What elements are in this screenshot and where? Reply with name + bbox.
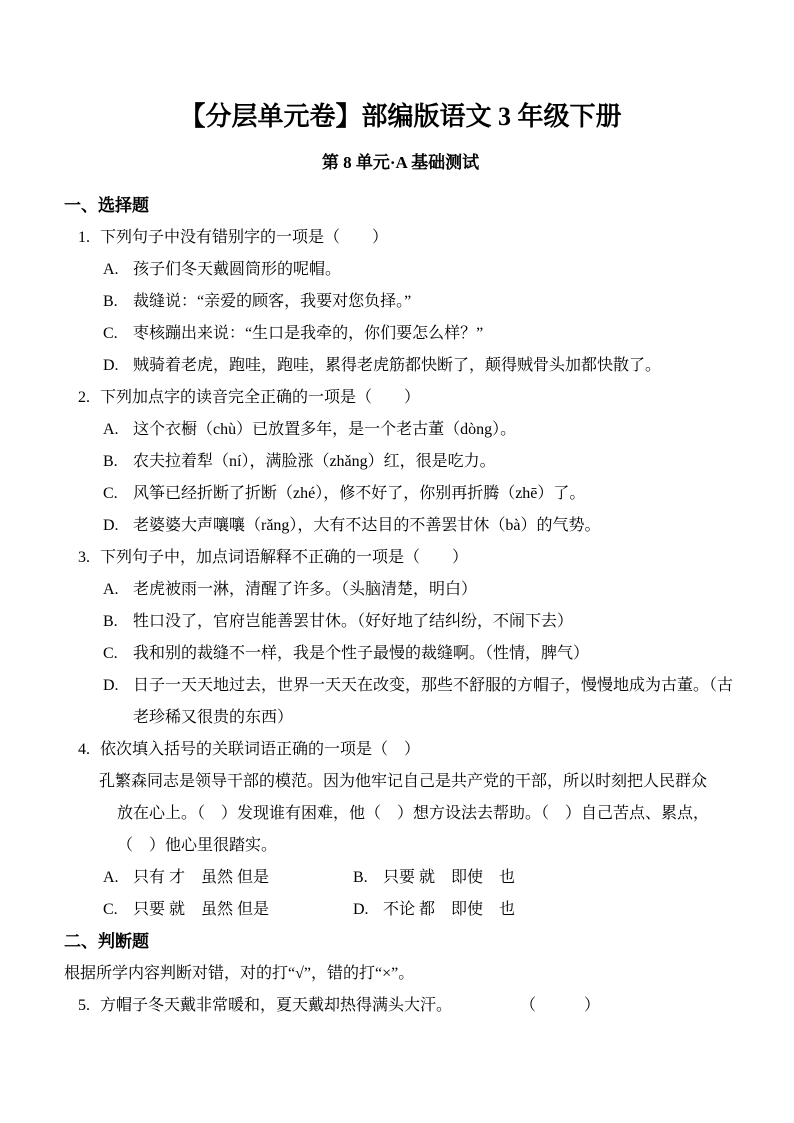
question-1: 1.下列句子中没有错别字的一项是（ ） [64, 222, 737, 254]
question-5-answer-blank: （ ） [520, 990, 600, 1022]
option-label: D. [103, 350, 133, 382]
option-label: D. [353, 894, 383, 926]
option-label: A. [103, 574, 133, 606]
option-label: B. [353, 862, 383, 894]
option-text: 老婆婆大声嚷嚷（rǎng），大有不达目的不善罢甘休（bà）的气势。 [133, 517, 601, 534]
question-4-option-d: D.不论 都 即使 也 [353, 894, 737, 926]
option-label: A. [103, 862, 133, 894]
question-2-stem: 下列加点字的读音完全正确的一项是（ ） [100, 389, 420, 406]
option-label: D. [103, 670, 133, 702]
document-page: 【分层单元卷】部编版语文 3 年级下册 第 8 单元·A 基础测试 一、选择题 … [0, 0, 794, 1123]
option-text: 只有 才 虽然 但是 [133, 869, 269, 886]
option-label: B. [103, 286, 133, 318]
question-3-number: 3. [78, 542, 100, 574]
question-3-option-d-continued: 老珍稀又很贵的东西） [64, 702, 737, 734]
question-4-number: 4. [78, 734, 100, 766]
option-text: 老虎被雨一淋，清醒了许多。（头脑清楚，明白） [133, 581, 477, 598]
question-4-option-b: B.只要 就 即使 也 [353, 862, 737, 894]
question-2-option-d: D.老婆婆大声嚷嚷（rǎng），大有不达目的不善罢甘休（bà）的气势。 [64, 510, 737, 542]
question-1-number: 1. [78, 222, 100, 254]
question-3-option-b: B.牲口没了，官府岂能善罢甘休。（好好地了结纠纷，不闹下去） [64, 606, 737, 638]
option-text: 风筝已经折断了折断（zhé），修不好了，你别再折腾（zhē）了。 [133, 485, 585, 502]
question-4-stem: 依次填入括号的关联词语正确的一项是（ ） [100, 741, 420, 758]
judgement-instruction: 根据所学内容判断对错，对的打“√”，错的打“×”。 [64, 958, 737, 990]
question-5-stem: 方帽子冬天戴非常暖和，夏天戴却热得满头大汗。 [100, 997, 452, 1014]
option-text: 牲口没了，官府岂能善罢甘休。（好好地了结纠纷，不闹下去） [133, 613, 573, 630]
question-4-passage: 孔繁森同志是领导干部的模范。因为他牢记自己是共产党的干部，所以时刻把人民群众 [64, 766, 737, 798]
question-4-passage: 放在心上。（ ）发现谁有困难，他（ ）想方设法去帮助。（ ）自己苦点、累点， [64, 798, 737, 830]
page-subtitle: 第 8 单元·A 基础测试 [64, 148, 737, 178]
question-1-option-b: B.裁缝说：“亲爱的顾客，我要对您负择。” [64, 286, 737, 318]
question-1-option-a: A.孩子们冬天戴圆筒形的呢帽。 [64, 254, 737, 286]
question-5-number: 5. [78, 990, 100, 1022]
question-5: 5.方帽子冬天戴非常暖和，夏天戴却热得满头大汗。 （ ） [64, 990, 737, 1022]
question-3-stem: 下列句子中，加点词语解释不正确的一项是（ ） [100, 549, 468, 566]
option-label: B. [103, 446, 133, 478]
option-label: A. [103, 254, 133, 286]
question-4-option-c: C.只要 就 虽然 但是 [64, 894, 353, 926]
option-label: A. [103, 414, 133, 446]
option-label: B. [103, 606, 133, 638]
question-2-option-c: C.风筝已经折断了折断（zhé），修不好了，你别再折腾（zhē）了。 [64, 478, 737, 510]
option-label: C. [103, 638, 133, 670]
question-1-stem: 下列句子中没有错别字的一项是（ ） [100, 229, 388, 246]
question-4-option-a: A.只有 才 虽然 但是 [64, 862, 353, 894]
option-text: 贼骑着老虎，跑哇，跑哇，累得老虎筋都快断了，颠得贼骨头加都快散了。 [133, 357, 661, 374]
document-body: 一、选择题 1.下列句子中没有错别字的一项是（ ） A.孩子们冬天戴圆筒形的呢帽… [64, 190, 737, 1022]
question-2-number: 2. [78, 382, 100, 414]
option-label: C. [103, 318, 133, 350]
page-title: 【分层单元卷】部编版语文 3 年级下册 [64, 100, 737, 134]
option-text: 枣核蹦出来说：“生口是我牵的，你们要怎么样？” [133, 325, 483, 342]
option-text: 裁缝说：“亲爱的顾客，我要对您负择。” [133, 293, 411, 310]
option-text: 这个衣橱（chù）已放置多年，是一个老古董（dòng）。 [133, 421, 516, 438]
option-text: 孩子们冬天戴圆筒形的呢帽。 [133, 261, 341, 278]
question-4-options-row-2: C.只要 就 虽然 但是 D.不论 都 即使 也 [64, 894, 737, 926]
option-label: C. [103, 894, 133, 926]
question-1-option-c: C.枣核蹦出来说：“生口是我牵的，你们要怎么样？” [64, 318, 737, 350]
option-text: 只要 就 虽然 但是 [133, 901, 269, 918]
question-4-passage: （ ）他心里很踏实。 [64, 830, 737, 862]
section-heading-choice: 一、选择题 [64, 190, 737, 222]
option-label: D. [103, 510, 133, 542]
question-3: 3.下列句子中，加点词语解释不正确的一项是（ ） [64, 542, 737, 574]
question-2-option-a: A.这个衣橱（chù）已放置多年，是一个老古董（dòng）。 [64, 414, 737, 446]
question-2: 2.下列加点字的读音完全正确的一项是（ ） [64, 382, 737, 414]
option-text: 我和别的裁缝不一样，我是个性子最慢的裁缝啊。（性情，脾气） [133, 645, 589, 662]
option-text: 不论 都 即使 也 [383, 901, 515, 918]
section-heading-judgement: 二、判断题 [64, 926, 737, 958]
question-4: 4.依次填入括号的关联词语正确的一项是（ ） [64, 734, 737, 766]
question-1-option-d: D.贼骑着老虎，跑哇，跑哇，累得老虎筋都快断了，颠得贼骨头加都快散了。 [64, 350, 737, 382]
question-3-option-c: C.我和别的裁缝不一样，我是个性子最慢的裁缝啊。（性情，脾气） [64, 638, 737, 670]
question-3-option-a: A.老虎被雨一淋，清醒了许多。（头脑清楚，明白） [64, 574, 737, 606]
option-text: 只要 就 即使 也 [383, 869, 515, 886]
option-label: C. [103, 478, 133, 510]
question-4-options-row-1: A.只有 才 虽然 但是 B.只要 就 即使 也 [64, 862, 737, 894]
question-2-option-b: B.农夫拉着犁（ní），满脸涨（zhǎng）红，很是吃力。 [64, 446, 737, 478]
question-3-option-d: D.日子一天天地过去，世界一天天在改变，那些不舒服的方帽子，慢慢地成为古董。（古 [64, 670, 737, 702]
option-text: 日子一天天地过去，世界一天天在改变，那些不舒服的方帽子，慢慢地成为古董。（古 [133, 677, 733, 694]
option-text: 老珍稀又很贵的东西） [133, 709, 293, 726]
option-text: 农夫拉着犁（ní），满脸涨（zhǎng）红，很是吃力。 [133, 453, 496, 470]
